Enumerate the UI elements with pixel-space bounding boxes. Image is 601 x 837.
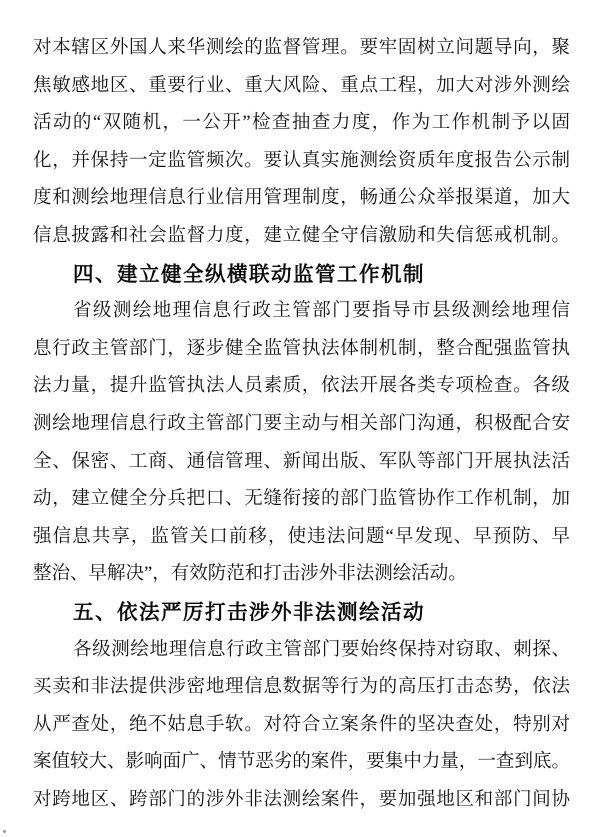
text-line: 全、保密、工商、通信管理、新闻出版、军队等部门开展执法活 bbox=[33, 444, 570, 482]
document-page: 对本辖区外国人来华测绘的监督管理。要牢固树立问题导向，聚焦敏感地区、重要行业、重… bbox=[0, 0, 601, 837]
text-line: 从严查处，绝不姑息手软。对符合立案条件的坚决查处，特别对 bbox=[33, 707, 570, 745]
text-line: 动，建立健全分兵把口、无缝衔接的部门监管协作工作机制，加 bbox=[33, 481, 570, 519]
text-line: 焦敏感地区、重要行业、重大风险、重点工程，加大对涉外测绘 bbox=[33, 68, 570, 106]
text-line: 各级测绘地理信息行政主管部门要始终保持对窃取、刺探、 bbox=[33, 632, 570, 670]
text-line: 案值较大、影响面广、情节恶劣的案件，要集中力量，一查到底。 bbox=[33, 744, 570, 782]
text-line: 法力量，提升监管执法人员素质，依法开展各类专项检查。各级 bbox=[33, 368, 570, 406]
text-line: 对跨地区、跨部门的涉外非法测绘案件，要加强地区和部门间协 bbox=[33, 782, 570, 820]
text-line: 信息披露和社会监督力度，建立健全守信激励和失信惩戒机制。 bbox=[33, 218, 570, 256]
text-line: 买卖和非法提供涉密地理信息数据等行为的高压打击态势，依法 bbox=[33, 669, 570, 707]
text-line: 测绘地理信息行政主管部门要主动与相关部门沟通，积极配合安 bbox=[33, 406, 570, 444]
text-line: 活动的“双随机，一公开”检查抽查力度，作为工作机制予以固 bbox=[33, 105, 570, 143]
section-heading: 五、依法严厉打击涉外非法测绘活动 bbox=[33, 594, 570, 632]
text-line: 整治、早解决”，有效防范和打击涉外非法测绘活动。 bbox=[33, 556, 570, 594]
text-line: 化，并保持一定监管频次。要认真实施测绘资质年度报告公示制 bbox=[33, 143, 570, 181]
document-content: 对本辖区外国人来华测绘的监督管理。要牢固树立问题导向，聚焦敏感地区、重要行业、重… bbox=[33, 30, 570, 819]
text-line: 强信息共享，监管关口前移，使违法问题“早发现、早预防、早 bbox=[33, 519, 570, 557]
section-heading: 四、建立健全纵横联动监管工作机制 bbox=[33, 256, 570, 294]
scan-artifact-dot bbox=[3, 830, 6, 833]
text-line: 度和测绘地理信息行业信用管理制度，畅通公众举报渠道，加大 bbox=[33, 180, 570, 218]
text-line: 省级测绘地理信息行政主管部门要指导市县级测绘地理信 bbox=[33, 293, 570, 331]
text-line: 息行政主管部门，逐步健全监管执法体制机制，整合配强监管执 bbox=[33, 331, 570, 369]
text-line: 对本辖区外国人来华测绘的监督管理。要牢固树立问题导向，聚 bbox=[33, 30, 570, 68]
